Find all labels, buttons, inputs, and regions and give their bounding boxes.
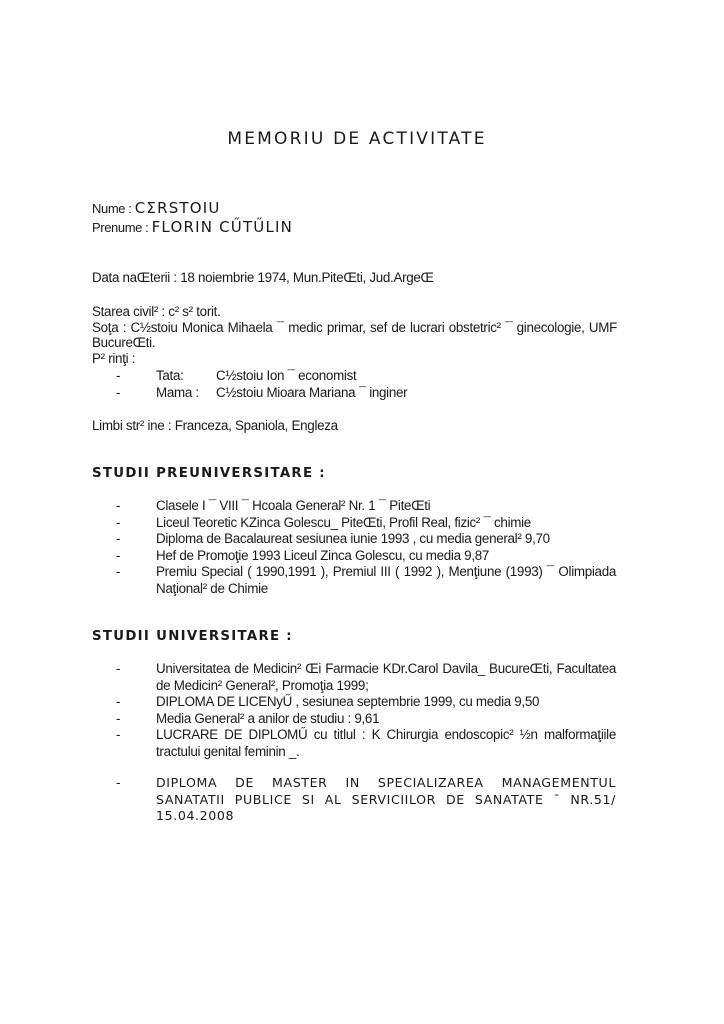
document-title: MEMORIU DE ACTIVITATE (0, 129, 714, 149)
list-item: -Universitatea de Medicin² Œi Farmacie K… (116, 661, 616, 694)
list-item: -Hef de Promoţie 1993 Liceul Zinca Goles… (116, 548, 616, 565)
parent-text: C½stoiu Mioara Mariana ¯ inginer (216, 385, 407, 400)
list-dash-marker: - (116, 548, 120, 565)
name-line: Nume : CΣRSTOIU (92, 199, 221, 217)
list-item-text: Media General² a anilor de studiu : 9,61 (156, 711, 379, 726)
list-item: -Premiu Special ( 1990,1991 ), Premiul I… (116, 564, 616, 597)
list-dash-marker: - (116, 368, 120, 385)
document-page: MEMORIU DE ACTIVITATE Nume : CΣRSTOIU Pr… (0, 0, 724, 1024)
list-item-text: Universitatea de Medicin² Œi Farmacie KD… (156, 661, 616, 693)
first-name-line: Prenume : FLORIN CŰTŰLIN (92, 218, 293, 236)
parent-item-mother: - Mama :C½stoiu Mioara Mariana ¯ inginer (116, 385, 616, 402)
languages-line: Limbi str² ine : Franceza, Spaniola, Eng… (92, 418, 338, 433)
list-item-text: Hef de Promoţie 1993 Liceul Zinca Golesc… (156, 548, 489, 563)
parent-text: C½stoiu Ion ¯ economist (216, 368, 356, 383)
first-name-label: Prenume : (92, 220, 152, 235)
list-item: -Media General² a anilor de studiu : 9,6… (116, 711, 616, 728)
parent-relation: Tata: (156, 368, 216, 385)
first-name-value: FLORIN CŰTŰLIN (152, 218, 294, 236)
list-item: -DIPLOMA DE LICENyŰ , sesiunea septembri… (116, 694, 616, 711)
preuniversity-list: -Clasele I ¯ VIII ¯ Hcoala General² Nr. … (116, 498, 616, 598)
spouse-line: Soţa : C½stoiu Monica Mihaela ¯ medic pr… (92, 320, 617, 350)
list-dash-marker: - (116, 694, 120, 711)
name-value: CΣRSTOIU (135, 199, 221, 217)
list-dash-marker: - (116, 661, 120, 678)
list-item: -Diploma de Bacalaureat sesiunea iunie 1… (116, 531, 616, 548)
list-dash-marker: - (116, 727, 120, 744)
parent-item-father: - Tata:C½stoiu Ion ¯ economist (116, 368, 616, 385)
list-dash-marker: - (116, 531, 120, 548)
list-dash-marker: - (116, 385, 120, 402)
university-list: -Universitatea de Medicin² Œi Farmacie K… (116, 661, 616, 761)
list-item-text: Premiu Special ( 1990,1991 ), Premiul II… (156, 564, 616, 596)
list-item-master-diploma: -DIPLOMA DE MASTER IN SPECIALIZAREA MANA… (116, 775, 616, 825)
list-dash-marker: - (116, 515, 120, 532)
name-label: Nume : (92, 201, 135, 216)
list-item-text: Diploma de Bacalaureat sesiunea iunie 19… (156, 531, 550, 546)
list-dash-marker: - (116, 711, 120, 728)
parents-list: - Tata:C½stoiu Ion ¯ economist - Mama :C… (116, 368, 616, 401)
list-item-text: LUCRARE DE DIPLOMŰ cu titlul : K Chirurg… (156, 727, 616, 759)
section-heading-preuniversity: STUDII PREUNIVERSITARE : (92, 466, 326, 481)
list-item: -Clasele I ¯ VIII ¯ Hcoala General² Nr. … (116, 498, 616, 515)
master-list: -DIPLOMA DE MASTER IN SPECIALIZAREA MANA… (116, 775, 616, 825)
list-dash-marker: - (116, 775, 121, 792)
list-item: -Liceul Teoretic KZinca Golescu_ PiteŒti… (116, 515, 616, 532)
list-item-text: DIPLOMA DE MASTER IN SPECIALIZAREA MANAG… (156, 775, 616, 823)
list-item-text: Liceul Teoretic KZinca Golescu_ PiteŒti,… (156, 515, 531, 530)
list-item: -LUCRARE DE DIPLOMŰ cu titlul : K Chirur… (116, 727, 616, 760)
parent-relation: Mama : (156, 385, 216, 402)
list-dash-marker: - (116, 498, 120, 515)
section-heading-university: STUDII UNIVERSITARE : (92, 629, 293, 644)
parents-label: P² rinţi : (92, 351, 135, 366)
marital-status-line: Starea civil² : c² s² torit. (92, 304, 221, 319)
birth-line: Data naŒterii : 18 noiembrie 1974, Mun.P… (92, 270, 434, 285)
list-item-text: DIPLOMA DE LICENyŰ , sesiunea septembrie… (156, 694, 539, 709)
list-item-text: Clasele I ¯ VIII ¯ Hcoala General² Nr. 1… (156, 498, 430, 513)
list-dash-marker: - (116, 564, 120, 581)
